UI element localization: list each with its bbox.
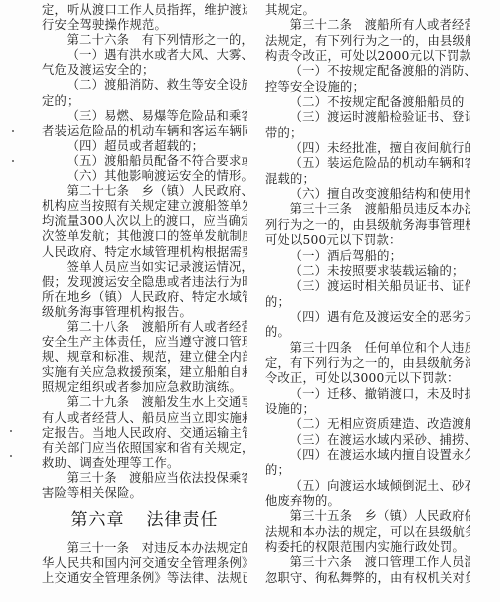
text-line: 签单人员应当如实记录渡运情况，不得弄虚作 [42,260,247,275]
text-line: 其规定。 [265,3,470,18]
text-line: 第二十七条 乡（镇）人民政府、特定水域管理 [42,184,247,199]
text-line: 的； [265,295,470,310]
text-line: （一）迁移、撤销渡口，未及时拆除影响安全的 [265,387,470,402]
text-line: 安全生产主体责任，应当遵守渡口管理的法律、法 [42,335,247,350]
text-line: 的； [265,463,470,478]
text-line: 第三十条 渡船应当依法投保乘客人身意外伤 [42,471,247,486]
text-line: 第三十二条 渡船所有人或者经营人违反本办 [265,18,470,33]
text-line: 他废弃物的。 [265,494,470,509]
text-line: 第三十一条 对违反本办法规定的行为，《中 [42,541,247,556]
text-line: （二）渡船消防、救生等安全设施配备不符合规 [42,78,247,93]
text-line: （五）向渡运水域倾倒泥土、砂石、垃圾或者其 [265,479,470,494]
text-line: （三）渡运时渡船检验证书、登记证书未随船携 [265,110,470,125]
text-line: （四）遇有危及渡运安全的恶劣天气仍然渡运 [265,310,470,325]
text-line: （三）在渡运水域内采砂、捕捞、养殖的； [265,433,470,448]
right-column-body: 其规定。第三十二条 渡船所有人或者经营人违反本办法规定，有下列行为之一的，由县级… [265,3,470,586]
text-line: 气危及渡运安全的； [42,63,247,78]
text-line: （一）酒后驾船的； [265,249,470,264]
text-line: 上交通安全管理条例》等法律、法规已有规定的，从 [42,571,247,586]
text-line: 规、规章和标准、规范，建立健全内部管理制度，严格 [42,350,247,365]
scan-speck [12,130,14,132]
text-line: 假；发现渡运安全隐患或者违法行为时，应当向渡口 [42,275,247,290]
text-line: （一）遇有洪水或者大风、大雾、大雪等恶劣天 [42,48,247,63]
text-line: 法规和本办法的规定，可以在县级航务海事管理机 [265,525,470,540]
text-line: 行安全驾驶操作规范。 [42,18,247,33]
text-line: （四）超员或者超载的； [42,139,247,154]
left-text-column: 定，听从渡口工作人员指挥，维护渡运秩序，严格执行安全驾驶操作规范。第二十六条 有… [42,3,247,586]
chapter-heading: 第六章法律责任 [42,501,247,541]
text-line: 机构应当按照有关规定建立渡船签单发航制度。日 [42,199,247,214]
text-line: （三）易燃、易爆等危险品和乘客同船混载，或 [42,109,247,124]
text-line: （六）擅自改变渡船结构和使用性能的。 [265,187,470,202]
text-line: （五）渡船船员配备不符合要求或者酒后驾船的； [42,154,247,169]
text-line: 构委托的权限范围内实施行政处罚。 [265,540,470,555]
text-line: 次签单发航；其他渡口的签单发航制度，由乡（镇） [42,229,247,244]
left-column-body-top: 定，听从渡口工作人员指挥，维护渡运秩序，严格执行安全驾驶操作规范。第二十六条 有… [42,3,247,501]
text-line: 忽职守、徇私舞弊的，由有权机关对负有责任的主管 [265,571,470,586]
right-text-column: 其规定。第三十二条 渡船所有人或者经营人违反本办法规定，有下列行为之一的，由县级… [265,3,470,586]
text-line: 第二十八条 渡船所有人或者经营人承担渡运 [42,320,247,335]
chapter-number: 第六章 [71,510,125,530]
text-line: 照规定组织或者参加应急救助演练。 [42,380,247,395]
text-line: 第二十六条 有下列情形之一的，严禁渡运： [42,33,247,48]
text-line: 的。 [265,325,470,340]
document-page: 定，听从渡口工作人员指挥，维护渡运秩序，严格执行安全驾驶操作规范。第二十六条 有… [0,0,500,602]
text-line: （五）装运危险品的机动车辆和客运车辆同船 [265,156,470,171]
text-line: 第三十三条 渡船船员违反本办法规定，有下 [265,202,470,217]
scan-speck [10,455,12,457]
text-line: 人民政府、特定水域管理机构根据需要自行确定。 [42,245,247,260]
text-line: （一）不按规定配备渡船的消防、救生、视频监 [265,64,470,79]
text-line: 者装运危险品的机动车辆和客运车辆同船混载的； [42,124,247,139]
text-line: 定，听从渡口工作人员指挥，维护渡运秩序，严格执 [42,3,247,18]
text-line: （三）渡运时相关船员证书、证件未随船携带 [265,279,470,294]
text-line: 有关部门应当依照国家和省有关规定，做好事故的 [42,441,247,456]
text-line: （二）无相应资质建造、改造渡船的； [265,417,470,432]
scan-speck [10,430,12,432]
scan-speck [12,160,14,162]
text-line: 第三十五条 乡（镇）人民政府依照有关法律、 [265,509,470,524]
text-line: 带的； [265,126,470,141]
left-column-body-bottom: 第三十一条 对违反本办法规定的行为，《中华人民共和国内河交通安全管理条例》、《四… [42,541,247,586]
text-line: 害险等相关保险。 [42,486,247,501]
text-line: 有人或者经营人、船员应当立即实施救援，并按照规 [42,411,247,426]
text-line: 所在地乡（镇）人民政府、特定水域管理机构或者县 [42,290,247,305]
text-line: 构责令改正，可处以2000元以下罚款： [265,49,470,64]
text-line: （二）未按照要求装载运输的； [265,264,470,279]
text-line: 实施有关应急救援预案，建立船舶自救互救机制，按 [42,365,247,380]
text-line: 均流量300人次以上的渡口，应当确定专人负责航 [42,214,247,229]
text-line: 第二十九条 渡船发生水上交通事故，渡船所 [42,395,247,410]
text-line: 列行为之一的，由县级航务海事管理机构责令改正， [265,218,470,233]
text-line: （六）其他影响渡运安全的情形。 [42,169,247,184]
text-line: 混载的； [265,172,470,187]
text-line: 可处以500元以下罚款： [265,233,470,248]
text-line: （四）未经批准，擅自夜间航行的； [265,141,470,156]
text-line: 控等安全设施的； [265,80,470,95]
text-line: 令改正，可处以3000元以下罚款： [265,371,470,386]
text-line: 救助、调查处理等工作。 [42,456,247,471]
text-line: 第三十四条 任何单位和个人违反本办法规 [265,341,470,356]
text-line: （二）不按规定配备渡船船员的 [265,95,470,110]
text-line: 设施的； [265,402,470,417]
chapter-title: 法律责任 [147,510,219,530]
text-line: 定报告。当地人民政府、交通运输主管部门和其他 [42,426,247,441]
text-line: 第三十六条 渡口管理工作人员滥用职权、玩 [265,555,470,570]
text-line: 法规定，有下列行为之一的，由县级航务海事管理机 [265,34,470,49]
text-line: 华人民共和国内河交通安全管理条例》、《四川省水 [42,556,247,571]
text-line: 定的； [42,94,247,109]
text-line: （四）在渡运水域内擅自设置永久性固定设施 [265,448,470,463]
text-line: 定，有下列行为之一的，由县级航务海事管理机构责 [265,356,470,371]
text-line: 级航务海事管理机构报告。 [42,305,247,320]
